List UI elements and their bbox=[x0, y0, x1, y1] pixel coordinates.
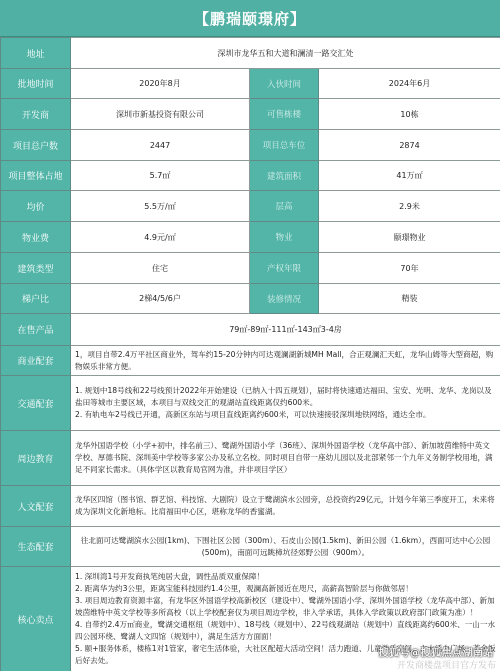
label-saleable-buildings: 可售栋楼 bbox=[250, 99, 319, 130]
value-land-time: 2020年8月 bbox=[71, 69, 250, 99]
value-parking: 2874 bbox=[319, 130, 500, 161]
value-property-company: 颐璟物业 bbox=[319, 222, 500, 253]
property-info-table: 地址 深圳市龙华五和大道和澜清一路交汇处 批地时间 2020年8月 入伙时间 2… bbox=[0, 37, 500, 671]
value-developer: 深圳市新基投资有限公司 bbox=[71, 99, 250, 130]
label-property-fee: 物业费 bbox=[1, 222, 71, 253]
value-saleable-buildings: 10栋 bbox=[319, 99, 500, 130]
row-property-fee: 物业费 4.9元/㎡ 物业 颐璟物业 bbox=[1, 222, 500, 253]
row-products: 在售产品 79㎡-89㎡-111㎡-143㎡3-4房 bbox=[1, 314, 500, 346]
row-area: 项目整体占地 5.7㎡ 建筑面积 41万㎡ bbox=[1, 161, 500, 191]
transport-line-2: 2. 有轨电车2号线已开通，高新区东站与项目直线距离约600米，可以快速接驳深圳… bbox=[75, 409, 496, 421]
value-elevator-ratio: 2梯4/5/6户 bbox=[71, 284, 250, 314]
label-households: 项目总户数 bbox=[1, 130, 71, 161]
value-address: 深圳市龙华五和大道和澜清一路交汇处 bbox=[71, 38, 500, 69]
row-price: 均价 5.5万/㎡ 层高 2.9米 bbox=[1, 191, 500, 222]
value-building-type: 住宅 bbox=[71, 253, 250, 284]
label-building-area: 建筑面积 bbox=[250, 161, 319, 191]
value-property-fee: 4.9元/㎡ bbox=[71, 222, 250, 253]
label-property-term: 产权年限 bbox=[250, 253, 319, 284]
watermark-sub: 开发商楼盘项目官方发布 bbox=[397, 658, 496, 671]
value-products: 79㎡-89㎡-111㎡-143㎡3-4房 bbox=[71, 314, 500, 346]
label-decoration: 装修情况 bbox=[250, 284, 319, 314]
value-culture: 龙华区四馆（图书馆、群艺馆、科技馆、大剧院）设立于鹭湖滨水公园旁，总投资约29亿… bbox=[71, 486, 500, 527]
transport-line-1: 1. 规划中18号线和22号线预计2022年开始建设（已纳入十四五规划），届时将… bbox=[75, 385, 496, 409]
label-developer: 开发商 bbox=[1, 99, 71, 130]
row-households: 项目总户数 2447 项目总车位 2874 bbox=[1, 130, 500, 161]
selling-point-1: 1. 深圳湾1号开发商执笔纯居大盘，调性品质双重保障！ bbox=[75, 571, 496, 583]
label-commercial: 商业配套 bbox=[1, 346, 71, 376]
label-culture: 人文配套 bbox=[1, 486, 71, 527]
label-selling-points: 核心卖点 bbox=[1, 567, 71, 671]
selling-point-4: 4. 自带约2.4万㎡商业，鹭湖交通枢纽（规划中）、18号线（规划中）、22号线… bbox=[75, 619, 496, 643]
value-commercial: 1，项目自带2.4万平社区商业外，驾车约15-20分钟内可达观澜湖新城MH Ma… bbox=[71, 346, 500, 376]
value-property-term: 70年 bbox=[319, 253, 500, 284]
value-education: 龙华外国语学校（小学+初中，排名前三）、鹭湖外国语小学（36班）、深圳外国语学校… bbox=[71, 431, 500, 486]
value-move-in-time: 2024年6月 bbox=[319, 69, 500, 99]
label-transport: 交通配套 bbox=[1, 376, 71, 431]
row-education: 周边教育 龙华外国语学校（小学+初中，排名前三）、鹭湖外国语小学（36班）、深圳… bbox=[1, 431, 500, 486]
label-address: 地址 bbox=[1, 38, 71, 69]
row-address: 地址 深圳市龙华五和大道和澜清一路交汇处 bbox=[1, 38, 500, 69]
value-land-area: 5.7㎡ bbox=[71, 161, 250, 191]
value-decoration: 精装 bbox=[319, 284, 500, 314]
property-info-sheet: 【鹏瑞颐璟府】 地址 深圳市龙华五和大道和澜清一路交汇处 批地时间 2020年8… bbox=[0, 0, 500, 671]
label-floor-height: 层高 bbox=[250, 191, 319, 222]
project-title: 【鹏瑞颐璟府】 bbox=[0, 0, 500, 37]
label-price: 均价 bbox=[1, 191, 71, 222]
label-property-company: 物业 bbox=[250, 222, 319, 253]
label-education: 周边教育 bbox=[1, 431, 71, 486]
label-elevator-ratio: 梯户比 bbox=[1, 284, 71, 314]
row-transport: 交通配套 1. 规划中18号线和22号线预计2022年开始建设（已纳入十四五规划… bbox=[1, 376, 500, 431]
row-elevator-ratio: 梯户比 2梯4/5/6户 装修情况 精装 bbox=[1, 284, 500, 314]
label-ecology: 生态配套 bbox=[1, 527, 71, 567]
label-move-in-time: 入伙时间 bbox=[250, 69, 319, 99]
label-building-type: 建筑类型 bbox=[1, 253, 71, 284]
row-land-time: 批地时间 2020年8月 入伙时间 2024年6月 bbox=[1, 69, 500, 99]
label-land-time: 批地时间 bbox=[1, 69, 71, 99]
value-price: 5.5万/㎡ bbox=[71, 191, 250, 222]
row-developer: 开发商 深圳市新基投资有限公司 可售栋楼 10栋 bbox=[1, 99, 500, 130]
label-land-area: 项目整体占地 bbox=[1, 161, 71, 191]
row-ecology: 生态配套 往北面可达鹭湖滨水公园(1km)、下围社区公园（300m）、石皮山公园… bbox=[1, 527, 500, 567]
value-ecology: 往北面可达鹭湖滨水公园(1km)、下围社区公园（300m）、石皮山公园(1.5k… bbox=[71, 527, 500, 567]
row-commercial: 商业配套 1，项目自带2.4万平社区商业外，驾车约15-20分钟内可达观澜湖新城… bbox=[1, 346, 500, 376]
label-parking: 项目总车位 bbox=[250, 130, 319, 161]
label-products: 在售产品 bbox=[1, 314, 71, 346]
value-floor-height: 2.9米 bbox=[319, 191, 500, 222]
selling-point-2: 2. 距离华为约3公里，距离宝能科技园约1.4公里，观澜高新园近在咫尺，高薪高智… bbox=[75, 583, 496, 595]
value-households: 2447 bbox=[71, 130, 250, 161]
selling-point-3: 3. 项目周边教育资源丰富，有龙华区外国语学校高新校区（建设中）、鹭湖外国语小学… bbox=[75, 595, 496, 619]
value-building-area: 41万㎡ bbox=[319, 161, 500, 191]
watermark: 搜狐号@搜狐焦点湖南站 bbox=[379, 644, 495, 659]
row-culture: 人文配套 龙华区四馆（图书馆、群艺馆、科技馆、大剧院）设立于鹭湖滨水公园旁，总投… bbox=[1, 486, 500, 527]
value-transport: 1. 规划中18号线和22号线预计2022年开始建设（已纳入十四五规划），届时将… bbox=[71, 376, 500, 431]
row-building-type: 建筑类型 住宅 产权年限 70年 bbox=[1, 253, 500, 284]
